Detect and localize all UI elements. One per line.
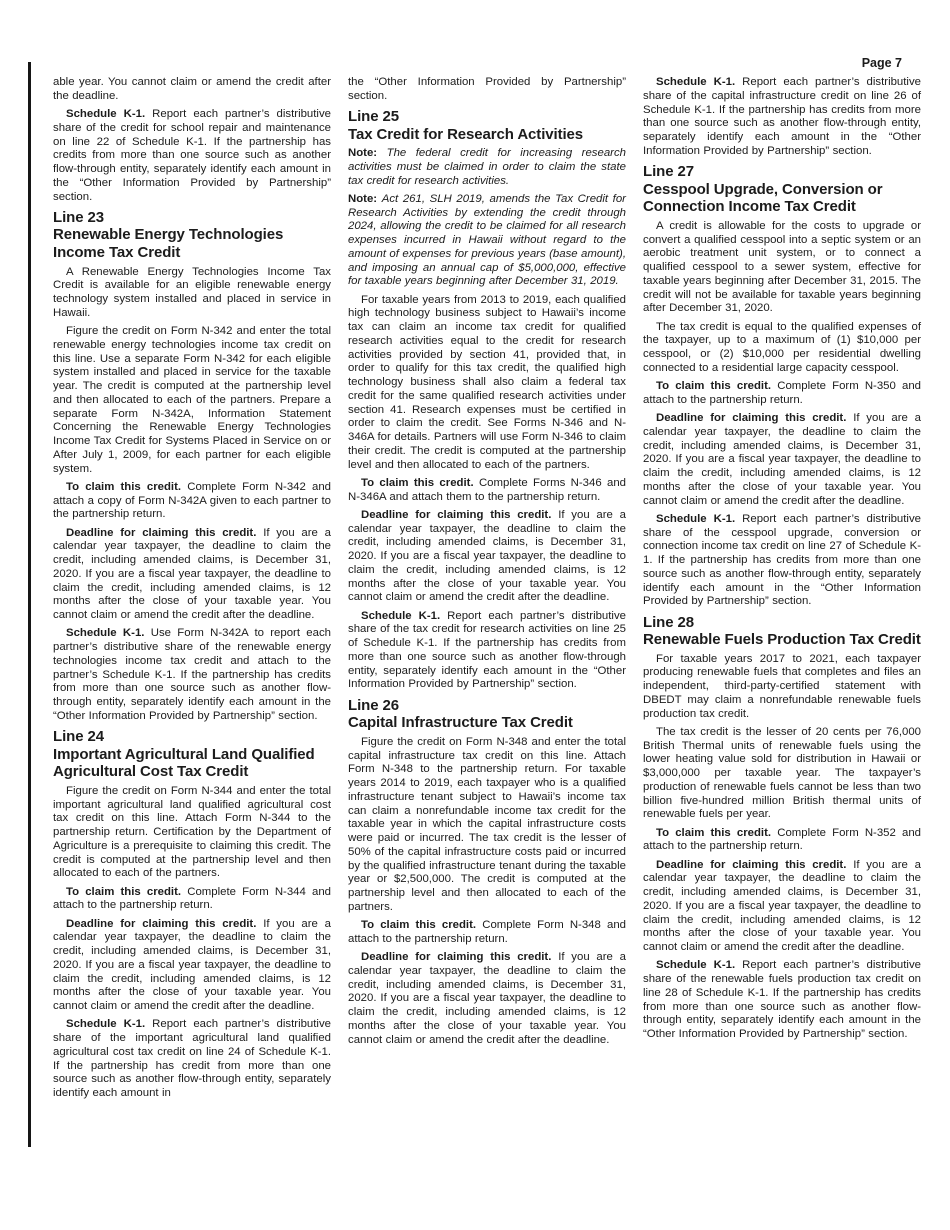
document-page: Page 7 able year. You cannot claim or am… [0,0,950,1230]
column-right: Schedule K-1. Report each partner’s dist… [643,76,921,1105]
paragraph: For taxable years 2017 to 2021, each tax… [643,653,921,722]
paragraph: The tax credit is equal to the qualified… [643,321,921,376]
section-heading: Line 24Important Agricultural Land Quali… [53,728,331,781]
paragraph: To claim this credit. Complete Form N-35… [643,380,921,408]
paragraph: Deadline for claiming this credit. If yo… [643,412,921,508]
paragraph-lead: To claim this credit. [361,477,474,489]
paragraph: Schedule K-1. Report each partner’s dist… [348,610,626,693]
paragraph-text: A Renewable Energy Technologies Income T… [53,266,331,319]
paragraph-lead: Schedule K-1. [656,76,735,88]
paragraph-text: the “Other Information Provided by Partn… [348,76,626,102]
line-label: Line 24 [53,728,331,746]
paragraph-lead: Note: [348,147,377,159]
paragraph-text: Report each partner’s distributive share… [643,959,921,1040]
paragraph-lead: Deadline for claiming this credit. [656,412,846,424]
paragraph-text: Figure the credit on Form N-342 and ente… [53,325,331,475]
section-title: Renewable Energy Technologies Income Tax… [53,226,331,261]
paragraph: To claim this credit. Complete Form N-35… [643,827,921,855]
section-heading: Line 23Renewable Energy Technologies Inc… [53,209,331,262]
paragraph-lead: To claim this credit. [361,919,476,931]
paragraph-text: Report each partner’s distributive share… [53,108,331,203]
paragraph: Deadline for claiming this credit. If yo… [53,918,331,1014]
paragraph: Deadline for claiming this credit. If yo… [53,527,331,623]
paragraph: Deadline for claiming this credit. If yo… [348,509,626,605]
paragraph-text: For taxable years from 2013 to 2019, eac… [348,294,626,471]
line-label: Line 23 [53,209,331,227]
paragraph: the “Other Information Provided by Partn… [348,76,626,104]
scan-artifact-line [28,62,31,1147]
paragraph: A Renewable Energy Technologies Income T… [53,266,331,321]
section-heading: Line 25Tax Credit for Research Activitie… [348,108,626,143]
paragraph-lead: Schedule K-1. [656,959,735,971]
page-number: Page 7 [862,56,902,70]
paragraph-lead: To claim this credit. [656,380,771,392]
paragraph: To claim this credit. Complete Form N-34… [53,481,331,522]
note-paragraph: Note: Act 261, SLH 2019, amends the Tax … [348,193,626,289]
line-label: Line 28 [643,614,921,632]
paragraph: Deadline for claiming this credit. If yo… [348,951,626,1047]
paragraph-lead: Schedule K-1. [66,1018,145,1030]
paragraph: able year. You cannot claim or amend the… [53,76,331,104]
section-heading: Line 28Renewable Fuels Production Tax Cr… [643,614,921,649]
paragraph: For taxable years from 2013 to 2019, eac… [348,294,626,473]
paragraph-text: able year. You cannot claim or amend the… [53,76,331,102]
section-heading: Line 27Cesspool Upgrade, Conversion or C… [643,163,921,216]
section-title: Tax Credit for Research Activities [348,126,626,144]
paragraph: A credit is allowable for the costs to u… [643,220,921,316]
paragraph-text: The tax credit is equal to the qualified… [643,321,921,374]
line-label: Line 26 [348,697,626,715]
paragraph-text: If you are a calendar year taxpayer, the… [348,509,626,604]
paragraph: Figure the credit on Form N-344 and ente… [53,785,331,881]
paragraph-lead: Deadline for claiming this credit. [361,509,551,521]
paragraph-text: Report each partner’s distributive share… [643,76,921,157]
paragraph-text: If you are a calendar year taxpayer, the… [53,918,331,1013]
paragraph-text: Report each partner’s distributive share… [643,513,921,608]
column-middle: the “Other Information Provided by Partn… [348,76,626,1105]
paragraph-lead: To claim this credit. [656,827,771,839]
paragraph-lead: Note: [348,193,377,205]
paragraph-lead: Schedule K-1. [66,108,145,120]
paragraph-text: If you are a calendar year taxpayer, the… [348,951,626,1046]
section-title: Capital Infrastructure Tax Credit [348,714,626,732]
paragraph-lead: Schedule K-1. [66,627,144,639]
paragraph: Schedule K-1. Report each partner’s dist… [53,1018,331,1101]
paragraph: Deadline for claiming this credit. If yo… [643,859,921,955]
paragraph: Schedule K-1. Report each partner’s dist… [643,76,921,159]
section-heading: Line 26Capital Infrastructure Tax Credit [348,697,626,732]
paragraph-text: Figure the credit on Form N-348 and ente… [348,736,626,913]
paragraph-text: Figure the credit on Form N-344 and ente… [53,785,331,880]
paragraph-text: If you are a calendar year taxpayer, the… [643,859,921,954]
paragraph-text: For taxable years 2017 to 2021, each tax… [643,653,921,720]
paragraph: To claim this credit. Complete Form N-34… [53,886,331,914]
paragraph-lead: Schedule K-1. [361,610,440,622]
note-paragraph: Note: The federal credit for increasing … [348,147,626,188]
section-title: Cesspool Upgrade, Conversion or Connecti… [643,181,921,216]
paragraph-lead: Schedule K-1. [656,513,735,525]
section-title: Renewable Fuels Production Tax Credit [643,631,921,649]
paragraph: Figure the credit on Form N-348 and ente… [348,736,626,915]
line-label: Line 27 [643,163,921,181]
paragraph-text: Report each partner’s distributive share… [53,1018,331,1099]
paragraph: Schedule K-1. Report each partner’s dist… [643,959,921,1042]
paragraph-text: If you are a calendar year taxpayer, the… [53,527,331,622]
paragraph-lead: To claim this credit. [66,886,181,898]
line-label: Line 25 [348,108,626,126]
paragraph-text: A credit is allowable for the costs to u… [643,220,921,315]
paragraph-lead: Deadline for claiming this credit. [66,527,256,539]
columns-container: able year. You cannot claim or amend the… [53,76,921,1105]
paragraph: To claim this credit. Complete Form N-34… [348,919,626,947]
section-title: Important Agricultural Land Qualified Ag… [53,746,331,781]
paragraph-text: Act 261, SLH 2019, amends the Tax Credit… [348,193,626,288]
paragraph-lead: To claim this credit. [66,481,181,493]
paragraph: The tax credit is the lesser of 20 cents… [643,726,921,822]
paragraph: To claim this credit. Complete Forms N-3… [348,477,626,505]
paragraph-text: The federal credit for increasing resear… [348,147,626,187]
column-left: able year. You cannot claim or amend the… [53,76,331,1105]
paragraph: Schedule K-1. Report each partner’s dist… [53,108,331,204]
paragraph-lead: Deadline for claiming this credit. [361,951,551,963]
paragraph: Schedule K-1. Report each partner’s dist… [643,513,921,609]
paragraph: Figure the credit on Form N-342 and ente… [53,325,331,476]
paragraph-lead: Deadline for claiming this credit. [66,918,256,930]
paragraph-text: The tax credit is the lesser of 20 cents… [643,726,921,821]
paragraph-lead: Deadline for claiming this credit. [656,859,846,871]
paragraph: Schedule K-1. Use Form N-342A to report … [53,627,331,723]
paragraph-text: Use Form N-342A to report each partner’s… [53,627,331,722]
paragraph-text: If you are a calendar year taxpayer, the… [643,412,921,507]
